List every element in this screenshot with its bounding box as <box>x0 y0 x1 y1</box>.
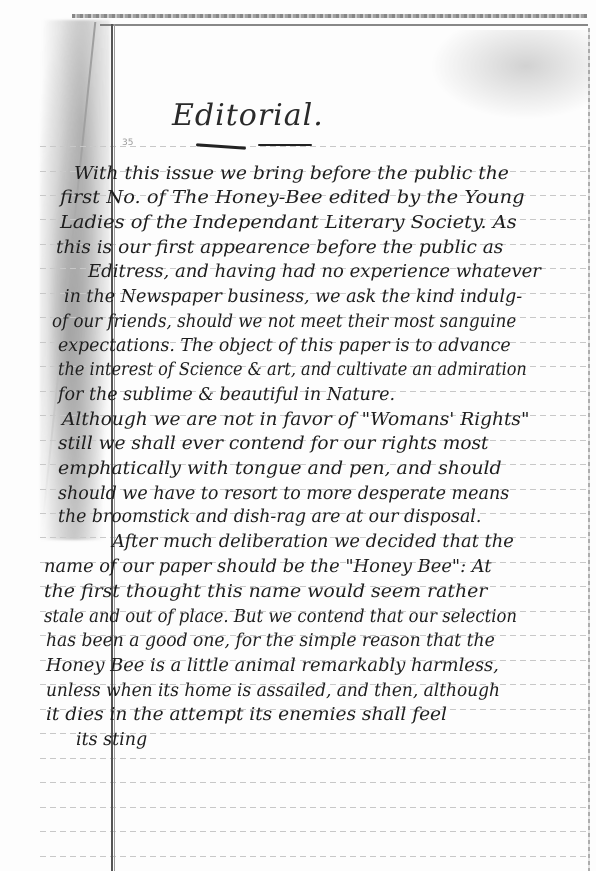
text-line: Ladies of the Independant Literary Socie… <box>60 213 517 233</box>
ruled-line <box>40 807 588 808</box>
top-page-border <box>72 14 587 18</box>
ruled-line <box>40 856 588 857</box>
right-page-edge <box>588 28 590 871</box>
text-line: has been a good one, for the simple reas… <box>46 631 495 651</box>
text-line: for the sublime & beautiful in Nature. <box>58 385 395 405</box>
text-line: name of our paper should be the "Honey B… <box>44 557 492 577</box>
text-line: After much deliberation we decided that … <box>112 532 514 552</box>
text-line: this is our first appearence before the … <box>56 238 503 258</box>
page-title: Editorial. <box>172 98 324 133</box>
text-line: its sting <box>76 730 147 750</box>
pencil-page-number: 35 <box>122 138 133 148</box>
text-line: Honey Bee is a little animal remarkably … <box>46 656 499 676</box>
text-line: first No. of The Honey-Bee edited by the… <box>60 188 525 208</box>
text-line: the broomstick and dish-rag are at our d… <box>58 507 481 527</box>
text-line: stale and out of place. But we contend t… <box>44 607 517 627</box>
title-underline-right <box>258 144 312 146</box>
ruled-line <box>40 782 588 783</box>
title-underline-left <box>196 143 246 149</box>
top-right-stain <box>430 30 590 120</box>
text-line: Editress, and having had no experience w… <box>88 262 541 282</box>
ruled-line <box>40 831 588 832</box>
text-line: still we shall ever contend for our righ… <box>58 434 488 454</box>
text-line: in the Newspaper business, we ask the ki… <box>64 287 522 307</box>
text-line: expectations. The object of this paper i… <box>58 336 511 356</box>
top-page-border-inner <box>100 24 588 26</box>
text-line: the interest of Science & art, and culti… <box>58 360 527 380</box>
text-line: of our friends, should we not meet their… <box>52 312 516 332</box>
text-line: should we have to resort to more despera… <box>58 484 509 504</box>
text-line: Although we are not in favor of "Womans'… <box>62 410 529 430</box>
text-line: unless when its home is assailed, and th… <box>46 681 500 701</box>
ruled-line <box>40 758 588 759</box>
text-line: it dies in the attempt its enemies shall… <box>46 705 447 725</box>
text-line: emphatically with tongue and pen, and sh… <box>58 459 502 479</box>
text-line: With this issue we bring before the publ… <box>74 164 509 184</box>
manuscript-page: Editorial. 35 With this issue we bring b… <box>0 0 596 871</box>
text-line: the first thought this name would seem r… <box>44 582 487 602</box>
